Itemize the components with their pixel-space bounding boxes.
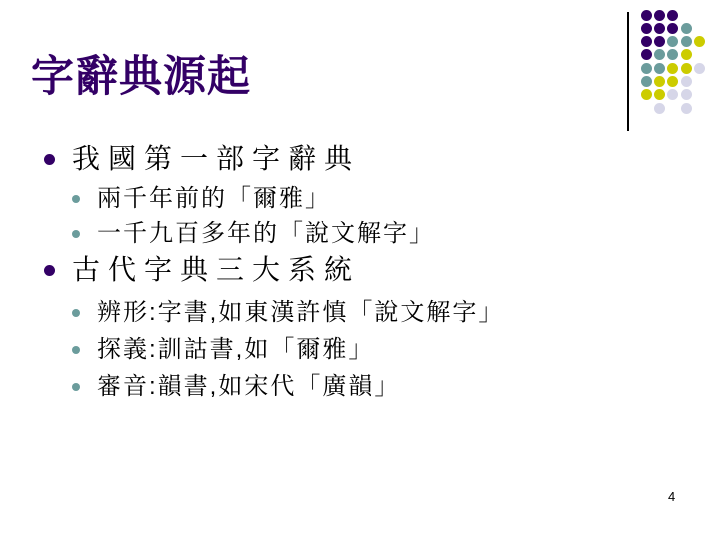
decoration-dot: [641, 10, 652, 21]
slide: 字辭典源起 我國第一部字辭典 兩千年前的「爾雅」 一千九百多年的「說文解字」 古…: [0, 0, 720, 540]
list-item-level2: 審音:韻書,如宋代「廣韻」: [72, 375, 400, 399]
list-item-level2: 辨形:字書,如東漢許慎「說文解字」: [72, 301, 504, 325]
decoration-dot: [667, 63, 678, 74]
decoration-dot: [641, 23, 652, 34]
bullet-icon: [72, 230, 80, 238]
decoration-dot: [654, 89, 665, 100]
decoration-dot: [667, 89, 678, 100]
slide-title: 字辭典源起: [31, 54, 251, 101]
list-item-text: 我國第一部字辭典: [72, 145, 360, 173]
list-item-text: 探義:訓詁書,如「爾雅」: [97, 338, 374, 362]
decoration-dot: [654, 76, 665, 87]
decoration-dot: [667, 10, 678, 21]
decoration-dot: [681, 36, 692, 47]
decoration-dot: [681, 89, 692, 100]
decoration-dot: [694, 63, 705, 74]
bullet-icon: [72, 309, 80, 317]
list-item-text: 古代字典三大系統: [72, 256, 360, 284]
decoration-dot: [667, 23, 678, 34]
page-number: 4: [668, 489, 675, 504]
bullet-icon: [72, 346, 80, 354]
bullet-icon: [72, 383, 80, 391]
decoration-dot: [694, 36, 705, 47]
decoration-dot: [641, 89, 652, 100]
list-item-text: 審音:韻書,如宋代「廣韻」: [97, 375, 400, 399]
decoration-dot: [681, 63, 692, 74]
list-item-level2: 探義:訓詁書,如「爾雅」: [72, 338, 374, 362]
list-item-text: 一千九百多年的「說文解字」: [97, 222, 435, 246]
decoration-dot: [681, 76, 692, 87]
decoration-dot: [681, 49, 692, 60]
decoration-dot: [654, 49, 665, 60]
bullet-icon: [44, 154, 55, 165]
decoration-dot: [681, 103, 692, 114]
bullet-icon: [72, 195, 80, 203]
decoration-dot: [667, 49, 678, 60]
decoration-dot: [654, 23, 665, 34]
decoration-dot: [654, 103, 665, 114]
decoration-dot: [641, 49, 652, 60]
decoration-dot: [681, 23, 692, 34]
list-item-text: 辨形:字書,如東漢許慎「說文解字」: [97, 301, 504, 325]
list-item-text: 兩千年前的「爾雅」: [97, 187, 331, 211]
decoration-dot: [641, 76, 652, 87]
decoration-dot: [654, 10, 665, 21]
decoration-dot: [654, 63, 665, 74]
list-item-level1: 我國第一部字辭典: [44, 145, 360, 173]
decoration-vertical-line: [627, 12, 629, 131]
decoration-dot: [667, 36, 678, 47]
list-item-level2: 兩千年前的「爾雅」: [72, 187, 331, 211]
decoration-dot: [654, 36, 665, 47]
decoration-dot: [641, 63, 652, 74]
decoration-dot: [667, 76, 678, 87]
bullet-icon: [44, 265, 55, 276]
list-item-level2: 一千九百多年的「說文解字」: [72, 222, 435, 246]
list-item-level1: 古代字典三大系統: [44, 256, 360, 284]
decoration-dot: [641, 36, 652, 47]
